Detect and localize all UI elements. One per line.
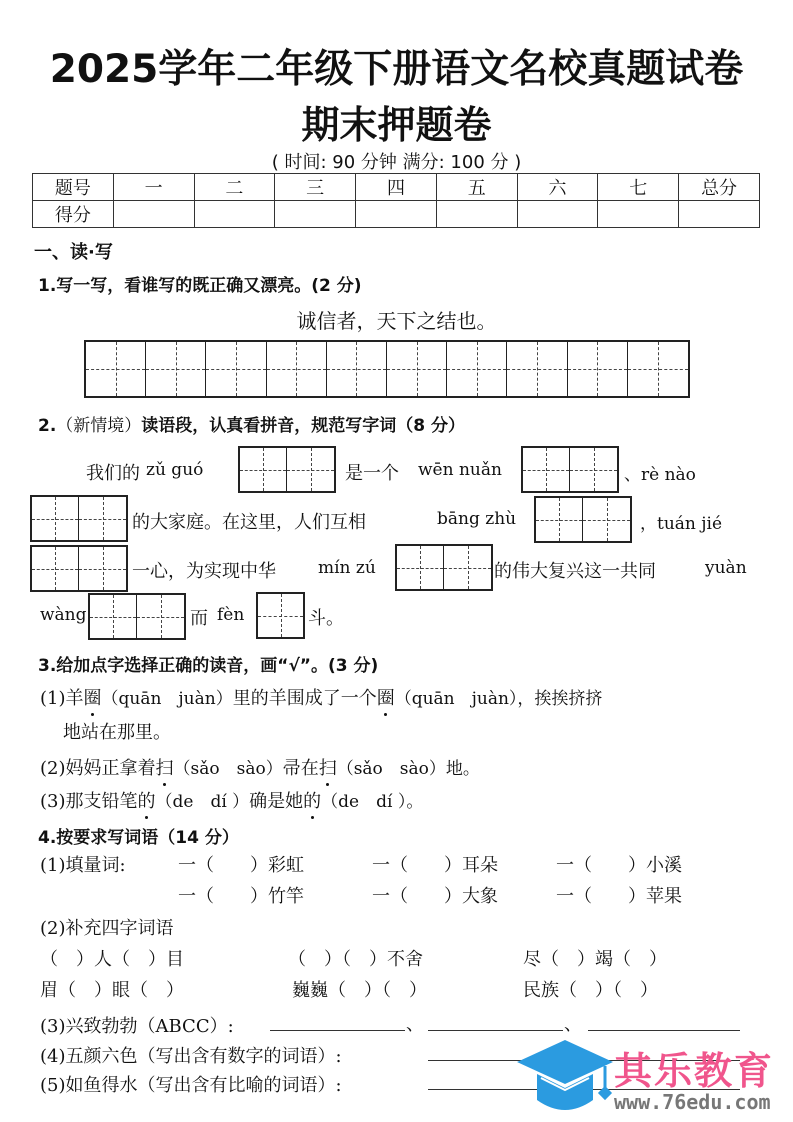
q2-answer-box-wennuan[interactable] — [521, 446, 619, 493]
q4-measure-word-item[interactable]: 一（ ）耳朵 — [372, 851, 498, 877]
score-cell[interactable] — [356, 201, 437, 228]
row-label-score: 得分 — [33, 201, 114, 228]
q2-pinyin: fèn — [217, 605, 244, 625]
q3-item-1: (1)羊圈（quān juàn）里的羊围成了一个圈（quān juàn），挨挨挤… — [40, 684, 602, 710]
q2-pinyin: yuàn — [705, 558, 747, 578]
q2-text: 我们的 — [86, 459, 140, 485]
tianzi-cell[interactable] — [32, 547, 79, 590]
tianzi-cell[interactable] — [583, 498, 630, 541]
tianzi-cell[interactable] — [206, 342, 266, 396]
q4-measure-word-item[interactable]: 一（ ）小溪 — [556, 851, 682, 877]
tianzi-cell[interactable] — [536, 498, 583, 541]
col-5: 五 — [436, 174, 517, 201]
tianzi-cell[interactable] — [570, 448, 617, 491]
q4-measure-word-item[interactable]: 一（ ）苹果 — [556, 882, 682, 908]
score-cell[interactable] — [517, 201, 598, 228]
score-cell[interactable] — [679, 201, 760, 228]
q3-options[interactable]: （sǎo sào）地。 — [337, 759, 480, 779]
col-2: 二 — [194, 174, 275, 201]
q2-text: 是一个 — [345, 459, 399, 485]
q3-item-2: (2)妈妈正拿着扫（sǎo sào）帚在扫（sǎo sào）地。 — [40, 754, 480, 780]
q4-idiom-item[interactable]: （ ）人（ ）目 — [40, 945, 184, 971]
exam-time-info: ( 时间: 90 分钟 满分: 100 分 ) — [0, 148, 793, 174]
q4-idiom-item[interactable]: 民族（ ）（ ） — [523, 976, 658, 1002]
q1-prompt: 1.写一写，看谁写的既正确又漂亮。(2 分) — [38, 271, 362, 296]
q4-idiom-item[interactable]: 眉（ ）眼（ ） — [40, 976, 184, 1002]
tianzi-cell[interactable] — [444, 546, 491, 589]
col-4: 四 — [356, 174, 437, 201]
q4-measure-word-item[interactable]: 一（ ）大象 — [372, 882, 498, 908]
tianzi-cell[interactable] — [397, 546, 444, 589]
tianzi-cell[interactable] — [258, 594, 303, 637]
row-label-question-no: 题号 — [33, 174, 114, 201]
score-table-score-row: 得分 — [33, 201, 760, 228]
tianzi-cell[interactable] — [287, 448, 334, 491]
q2-number: 2. — [38, 416, 56, 436]
tianzi-cell[interactable] — [79, 497, 126, 540]
tianzi-cell[interactable] — [267, 342, 327, 396]
graduation-cap-icon — [515, 1038, 615, 1118]
score-cell[interactable] — [194, 201, 275, 228]
q2-answer-box-fen[interactable] — [256, 592, 305, 639]
q2-text: 斗。 — [308, 604, 344, 630]
q2-answer-box-tuanjie[interactable] — [30, 545, 128, 592]
q3-prompt: 3.给加点字选择正确的读音，画“√”。(3 分) — [38, 651, 378, 676]
tianzi-cell[interactable] — [32, 497, 79, 540]
q2-pinyin: bāng zhù — [437, 509, 516, 529]
score-cell[interactable] — [598, 201, 679, 228]
tianzi-cell[interactable] — [90, 595, 137, 638]
score-cell[interactable] — [275, 201, 356, 228]
q4-sub5-label: (5)如鱼得水（写出含有比喻的词语）: — [40, 1071, 342, 1097]
q3-text: (1)羊 — [40, 688, 84, 709]
q2-pinyin: wàng — [40, 605, 87, 625]
q2-tag: （新情境） — [56, 416, 141, 436]
q3-options[interactable]: （quān juàn），挨挨挤挤 — [395, 689, 603, 709]
q2-pinyin: wēn nuǎn — [418, 460, 502, 480]
tianzi-cell[interactable] — [240, 448, 287, 491]
q1-model-sentence: 诚信者，天下之结也。 — [0, 305, 793, 334]
dotted-char: 圈 — [84, 684, 102, 710]
q3-text: (3)那支铅笔 — [40, 791, 138, 812]
answer-line[interactable] — [270, 1014, 405, 1031]
q3-item-3: (3)那支铅笔的（de dí ）确是她的（de dí ）。 — [40, 787, 423, 813]
q2-answer-box-renao[interactable] — [30, 495, 128, 542]
q3-text: (2)妈妈正拿着 — [40, 758, 156, 779]
tianzi-cell[interactable] — [628, 342, 688, 396]
q4-idiom-item[interactable]: 尽（ ）竭（ ） — [523, 945, 667, 971]
q2-pinyin: 、rè nào — [624, 460, 696, 485]
q2-answer-box-minzu[interactable] — [395, 544, 493, 591]
q4-measure-word-item[interactable]: 一（ ）彩虹 — [178, 851, 304, 877]
col-7: 七 — [598, 174, 679, 201]
separator: 、 — [406, 1010, 424, 1036]
q3-text: 帚在 — [283, 758, 319, 779]
q4-prompt: 4.按要求写词语（14 分） — [38, 823, 239, 848]
q2-answer-box-zuguo[interactable] — [238, 446, 336, 493]
q3-options[interactable]: （de dí ）。 — [321, 792, 423, 812]
q4-sub1-label: (1)填量词: — [40, 851, 126, 877]
score-cell[interactable] — [113, 201, 194, 228]
q2-pinyin: mín zú — [318, 558, 376, 578]
dotted-char: 圈 — [377, 684, 395, 710]
tianzi-cell[interactable] — [387, 342, 447, 396]
q4-sub4-label: (4)五颜六色（写出含有数字的词语）: — [40, 1042, 342, 1068]
dotted-char: 的 — [303, 787, 321, 813]
q2-pinyin: zǔ guó — [146, 460, 203, 480]
q4-sub2-label: (2)补充四字词语 — [40, 914, 174, 940]
watermark-url: www.76edu.com — [614, 1090, 771, 1114]
q2-pinyin: ，tuán jié — [640, 509, 722, 534]
tianzi-cell[interactable] — [568, 342, 628, 396]
q3-text: 里的羊围成了一个 — [233, 688, 377, 709]
q3-options[interactable]: （quān juàn） — [102, 689, 233, 709]
dotted-char: 扫 — [319, 754, 337, 780]
watermark-brand-name: 其乐教育 — [614, 1040, 774, 1095]
answer-line[interactable] — [588, 1014, 740, 1031]
dotted-char: 扫 — [156, 754, 174, 780]
score-table: 题号 一 二 三 四 五 六 七 总分 得分 — [32, 173, 760, 228]
tianzi-cell[interactable] — [79, 547, 126, 590]
section-heading: 一、读·写 — [34, 238, 113, 264]
q2-answer-box-bangzhu[interactable] — [534, 496, 632, 543]
q2-text: 而 — [190, 604, 208, 630]
q2-answer-box-yuanwang[interactable] — [88, 593, 186, 640]
q3-item-1-continued: 地站在那里。 — [63, 718, 171, 744]
q4-idiom-item[interactable]: 巍巍（ ）（ ） — [292, 976, 427, 1002]
score-table-header-row: 题号 一 二 三 四 五 六 七 总分 — [33, 174, 760, 201]
q2-instruction: 读语段，认真看拼音，规范写字词（8 分） — [141, 416, 465, 436]
score-cell[interactable] — [436, 201, 517, 228]
col-6: 六 — [517, 174, 598, 201]
tianzi-cell[interactable] — [507, 342, 567, 396]
dotted-char: 的 — [138, 787, 156, 813]
tianzi-cell[interactable] — [137, 595, 184, 638]
tianzi-cell[interactable] — [523, 448, 570, 491]
tianzi-cell[interactable] — [447, 342, 507, 396]
q1-writing-grid[interactable] — [84, 340, 690, 398]
q4-idiom-item[interactable]: （ ）（ ）不舍 — [288, 945, 423, 971]
q2-prompt: 2.（新情境）读语段，认真看拼音，规范写字词（8 分） — [38, 411, 465, 436]
col-1: 一 — [113, 174, 194, 201]
q3-options[interactable]: （de dí ） — [156, 792, 250, 812]
q2-text: 一心，为实现中华 — [132, 557, 276, 583]
q4-sub3-label: (3)兴致勃勃（ABCC）: — [40, 1012, 234, 1038]
tianzi-cell[interactable] — [327, 342, 387, 396]
tianzi-cell[interactable] — [146, 342, 206, 396]
q2-text: 的大家庭。在这里，人们互相 — [132, 508, 366, 534]
q2-text: 的伟大复兴这一共同 — [494, 557, 656, 583]
tianzi-cell[interactable] — [86, 342, 146, 396]
page-subtitle-title: 期末押题卷 — [0, 94, 793, 149]
separator: 、 — [564, 1010, 582, 1036]
answer-line[interactable] — [428, 1014, 563, 1031]
q4-measure-word-item[interactable]: 一（ ）竹竿 — [178, 882, 304, 908]
col-total: 总分 — [679, 174, 760, 201]
q3-text: 确是她 — [249, 791, 303, 812]
q3-options[interactable]: （sǎo sào） — [174, 759, 283, 779]
col-3: 三 — [275, 174, 356, 201]
page-title: 2025学年二年级下册语文名校真题试卷 — [0, 38, 793, 94]
